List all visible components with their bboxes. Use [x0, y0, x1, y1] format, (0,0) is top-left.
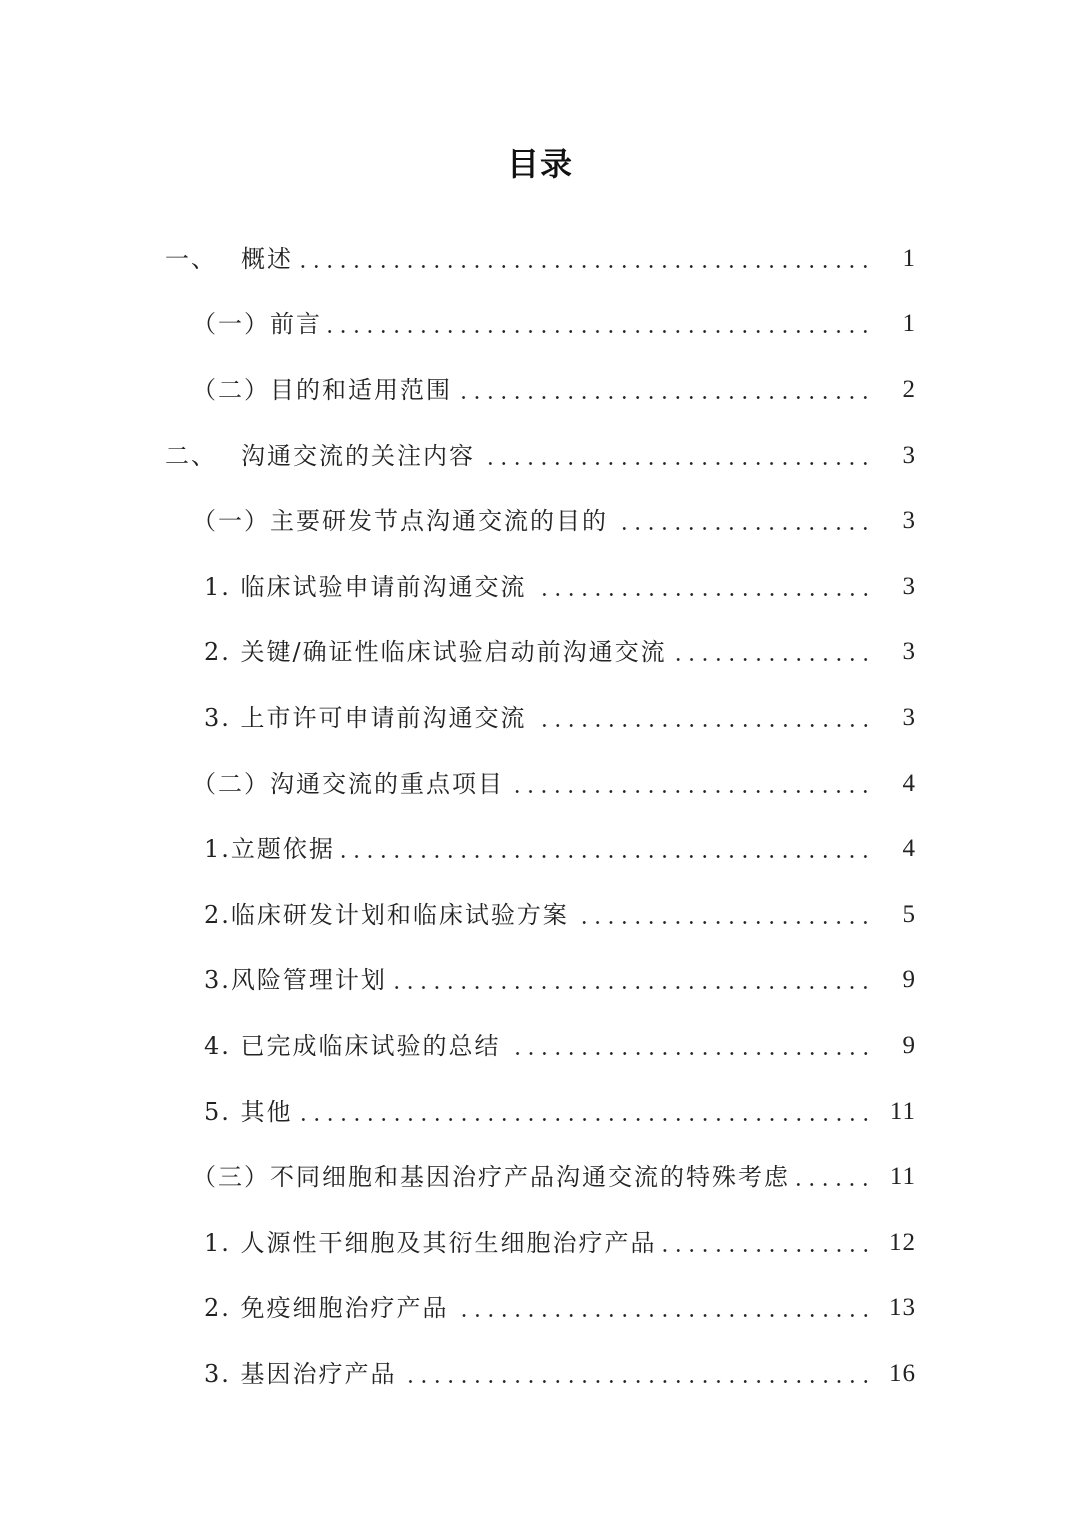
toc-entry[interactable]: 3. 上市许可申请前沟通交流 3 [0, 685, 1080, 751]
toc-entry-text: 主要研发节点沟通交流的目的 [270, 507, 608, 535]
toc-entry[interactable]: 2. 关键/确证性临床试验启动前沟通交流 3 [0, 620, 1080, 686]
toc-entry[interactable]: （三）不同细胞和基因治疗产品沟通交流的特殊考虑 11 [0, 1144, 1080, 1210]
toc-entry-number: 4. [204, 1030, 231, 1062]
toc-entry-text: 前言 [270, 310, 322, 338]
toc-entry-page: 1 [886, 243, 916, 275]
dot-leader [458, 374, 872, 406]
toc-entry-number: 1. [204, 833, 231, 865]
toc-entry-label: 5. 其他 [204, 1096, 299, 1128]
toc-entry[interactable]: 1. 人源性干细胞及其衍生细胞治疗产品 12 [0, 1210, 1080, 1276]
toc-entry-label: 3. 上市许可申请前沟通交流 [204, 702, 533, 734]
toc-entry-number: 3. [204, 1358, 231, 1390]
toc-entry-number: （一） [192, 505, 270, 537]
dot-leader [533, 571, 872, 603]
dot-leader [403, 1358, 872, 1390]
toc-entry[interactable]: 3.风险管理计划 9 [0, 948, 1080, 1014]
toc-entry[interactable]: 3. 基因治疗产品 16 [0, 1341, 1080, 1407]
toc-entry[interactable]: 一、概述 1 [0, 226, 1080, 292]
dot-leader [614, 505, 872, 537]
toc-entry-page: 3 [886, 636, 916, 668]
toc-entry-text: 上市许可申请前沟通交流 [241, 704, 527, 732]
toc-entry-text: 沟通交流的重点项目 [270, 770, 504, 798]
table-of-contents: 一、概述 1 （一）前言 1 （二）目的和适用范围 2 二、沟通交流的关注内容 [0, 226, 1080, 1407]
toc-entry-number: 1. [204, 571, 231, 603]
toc-entry-text: 沟通交流的关注内容 [241, 442, 475, 470]
toc-entry-number: 2. [204, 636, 231, 668]
toc-entry-text: 基因治疗产品 [241, 1360, 397, 1388]
document-page: 目录 一、概述 1 （一）前言 1 （二）目的和适用范围 2 [0, 0, 1080, 1527]
toc-entry-label: 1. 临床试验申请前沟通交流 [204, 571, 533, 603]
toc-entry[interactable]: 5. 其他 11 [0, 1079, 1080, 1145]
toc-entry-text: 概述 [241, 245, 293, 273]
dot-leader [673, 636, 872, 668]
toc-entry-page: 9 [886, 1030, 916, 1062]
toc-entry-page: 4 [886, 833, 916, 865]
toc-entry-page: 3 [886, 505, 916, 537]
toc-entry-label: （三）不同细胞和基因治疗产品沟通交流的特殊考虑 [192, 1161, 796, 1193]
toc-entry-page: 11 [886, 1096, 916, 1128]
toc-title: 目录 [0, 136, 1080, 192]
toc-entry-label: 1.立题依据 [204, 833, 341, 865]
toc-entry[interactable]: （一）主要研发节点沟通交流的目的 3 [0, 488, 1080, 554]
toc-entry-number: 2. [204, 899, 231, 931]
dot-leader [481, 440, 872, 472]
toc-entry-text: 风险管理计划 [231, 966, 387, 994]
toc-entry-number: 3. [204, 702, 231, 734]
toc-entry-number: （二） [192, 768, 270, 800]
toc-entry[interactable]: 1. 临床试验申请前沟通交流 3 [0, 554, 1080, 620]
dot-leader [328, 308, 872, 340]
toc-entry-page: 9 [886, 964, 916, 996]
dot-leader [299, 243, 872, 275]
toc-entry-page: 5 [886, 899, 916, 931]
dot-leader [796, 1161, 872, 1193]
toc-entry-label: 1. 人源性干细胞及其衍生细胞治疗产品 [204, 1227, 663, 1259]
toc-entry-number: 2. [204, 1292, 231, 1324]
toc-entry-label: 3.风险管理计划 [204, 964, 393, 996]
toc-entry-text: 目的和适用范围 [270, 376, 452, 404]
dot-leader [533, 702, 872, 734]
dot-leader [510, 768, 872, 800]
toc-entry[interactable]: 二、沟通交流的关注内容 3 [0, 423, 1080, 489]
toc-entry-number: （一） [192, 308, 270, 340]
toc-entry-number: （二） [192, 374, 270, 406]
toc-entry-label: （二）沟通交流的重点项目 [192, 768, 510, 800]
toc-entry-text: 人源性干细胞及其衍生细胞治疗产品 [241, 1229, 657, 1257]
toc-entry-text: 免疫细胞治疗产品 [241, 1294, 449, 1322]
toc-entry-page: 13 [886, 1292, 916, 1324]
toc-entry-text: 立题依据 [231, 835, 335, 863]
toc-entry-number: 1. [204, 1227, 231, 1259]
toc-entry-label: 二、沟通交流的关注内容 [165, 440, 481, 472]
dot-leader [575, 899, 872, 931]
toc-entry[interactable]: （二）沟通交流的重点项目 4 [0, 751, 1080, 817]
toc-entry-page: 1 [886, 308, 916, 340]
toc-entry-label: 2. 关键/确证性临床试验启动前沟通交流 [204, 636, 673, 668]
toc-entry-label: 3. 基因治疗产品 [204, 1358, 403, 1390]
toc-entry-page: 4 [886, 768, 916, 800]
toc-entry-page: 3 [886, 571, 916, 603]
toc-entry-label: 2.临床研发计划和临床试验方案 [204, 899, 575, 931]
toc-entry-number: （三） [192, 1161, 270, 1193]
dot-leader [663, 1227, 872, 1259]
toc-entry-number: 二、 [165, 440, 241, 472]
toc-entry-page: 12 [886, 1227, 916, 1259]
toc-entry-label: （一）主要研发节点沟通交流的目的 [192, 505, 614, 537]
dot-leader [341, 833, 872, 865]
dot-leader [299, 1096, 872, 1128]
toc-entry-page: 11 [886, 1161, 916, 1193]
toc-entry-number: 一、 [165, 243, 241, 275]
toc-entry-label: 一、概述 [165, 243, 299, 275]
toc-entry[interactable]: 2. 免疫细胞治疗产品 13 [0, 1276, 1080, 1342]
toc-entry-label: （一）前言 [192, 308, 328, 340]
toc-entry[interactable]: 1.立题依据 4 [0, 816, 1080, 882]
dot-leader [455, 1292, 872, 1324]
toc-entry-number: 5. [204, 1096, 231, 1128]
toc-entry-page: 3 [886, 702, 916, 734]
toc-entry-text: 关键/确证性临床试验启动前沟通交流 [241, 638, 667, 666]
toc-entry-label: （二）目的和适用范围 [192, 374, 458, 406]
toc-entry-text: 临床试验申请前沟通交流 [241, 573, 527, 601]
toc-entry-text: 其他 [241, 1098, 293, 1126]
toc-entry[interactable]: （二）目的和适用范围 2 [0, 357, 1080, 423]
dot-leader [507, 1030, 872, 1062]
toc-entry[interactable]: 4. 已完成临床试验的总结 9 [0, 1013, 1080, 1079]
toc-entry-label: 2. 免疫细胞治疗产品 [204, 1292, 455, 1324]
toc-entry-label: 4. 已完成临床试验的总结 [204, 1030, 507, 1062]
toc-entry-text: 不同细胞和基因治疗产品沟通交流的特殊考虑 [270, 1163, 790, 1191]
toc-entry-text: 已完成临床试验的总结 [241, 1032, 501, 1060]
dot-leader [393, 964, 872, 996]
toc-entry-page: 2 [886, 374, 916, 406]
toc-entry[interactable]: 2.临床研发计划和临床试验方案 5 [0, 882, 1080, 948]
toc-entry[interactable]: （一）前言 1 [0, 292, 1080, 358]
toc-entry-number: 3. [204, 964, 231, 996]
toc-entry-text: 临床研发计划和临床试验方案 [231, 901, 569, 929]
toc-entry-page: 16 [886, 1358, 916, 1390]
toc-entry-page: 3 [886, 440, 916, 472]
